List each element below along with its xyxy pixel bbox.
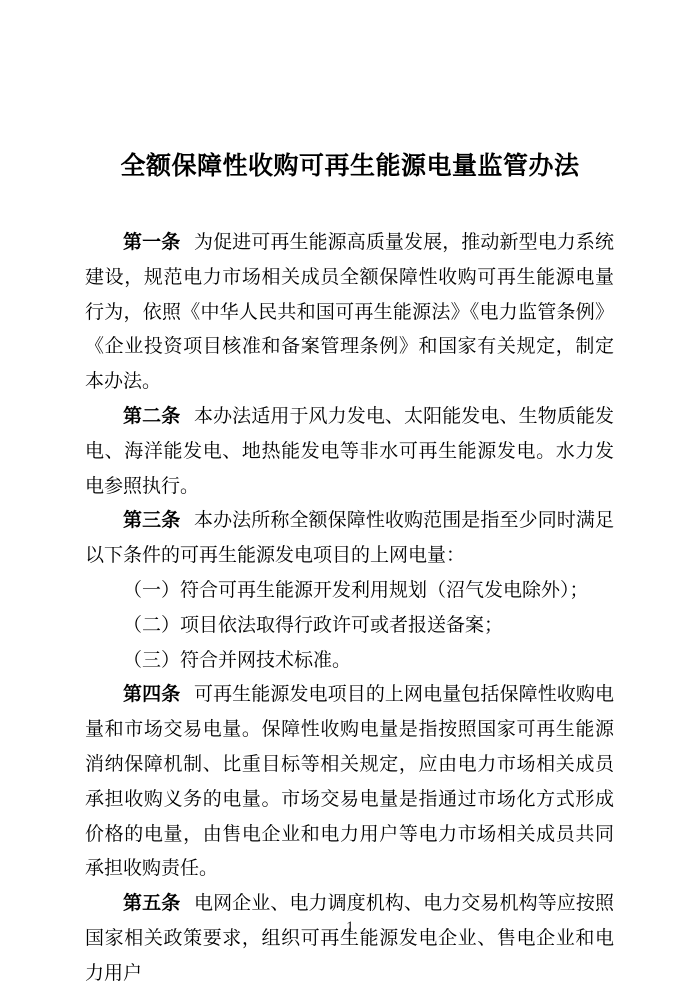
article-3-item-2-text: （二）项目依法取得行政许可或者报送备案； — [123, 615, 503, 636]
article-3-item-3-text: （三）符合并网技术标准。 — [123, 650, 351, 671]
document-title: 全额保障性收购可再生能源电量监管办法 — [0, 0, 700, 183]
document-page: 全额保障性收购可再生能源电量监管办法 第一条为促进可再生能源高质量发展，推动新型… — [0, 0, 700, 990]
document-body: 第一条为促进可再生能源高质量发展，推动新型电力系统建设，规范电力市场相关成员全额… — [85, 226, 614, 990]
article-1-number: 第一条 — [123, 232, 180, 253]
article-3-item-1-text: （一）符合可再生能源开发利用规划（沼气发电除外）； — [123, 580, 589, 601]
article-5-paragraph: 第五条电网企业、电力调度机构、电力交易机构等应按照国家相关政策要求，组织可再生能… — [85, 887, 614, 990]
article-4-text: 可再生能源发电项目的上网电量包括保障性收购电量和市场交易电量。保障性收购电量是指… — [85, 684, 614, 879]
page-number: 1 — [0, 918, 700, 938]
article-1-text: 为促进可再生能源高质量发展，推动新型电力系统建设，规范电力市场相关成员全额保障性… — [85, 232, 614, 392]
article-2-paragraph: 第二条本办法适用于风力发电、太阳能发电、生物质能发电、海洋能发电、地热能发电等非… — [85, 400, 614, 504]
article-4-paragraph: 第四条可再生能源发电项目的上网电量包括保障性收购电量和市场交易电量。保障性收购电… — [85, 678, 614, 887]
article-3-paragraph: 第三条本办法所称全额保障性收购范围是指至少同时满足以下条件的可再生能源发电项目的… — [85, 504, 614, 574]
article-2-number: 第二条 — [123, 406, 180, 427]
article-4-number: 第四条 — [123, 684, 180, 705]
article-3-item-3: （三）符合并网技术标准。 — [85, 644, 614, 679]
article-3-number: 第三条 — [123, 510, 180, 531]
article-5-number: 第五条 — [123, 893, 180, 914]
article-1-paragraph: 第一条为促进可再生能源高质量发展，推动新型电力系统建设，规范电力市场相关成员全额… — [85, 226, 614, 400]
article-3-item-1: （一）符合可再生能源开发利用规划（沼气发电除外）； — [85, 574, 614, 609]
article-3-item-2: （二）项目依法取得行政许可或者报送备案； — [85, 609, 614, 644]
